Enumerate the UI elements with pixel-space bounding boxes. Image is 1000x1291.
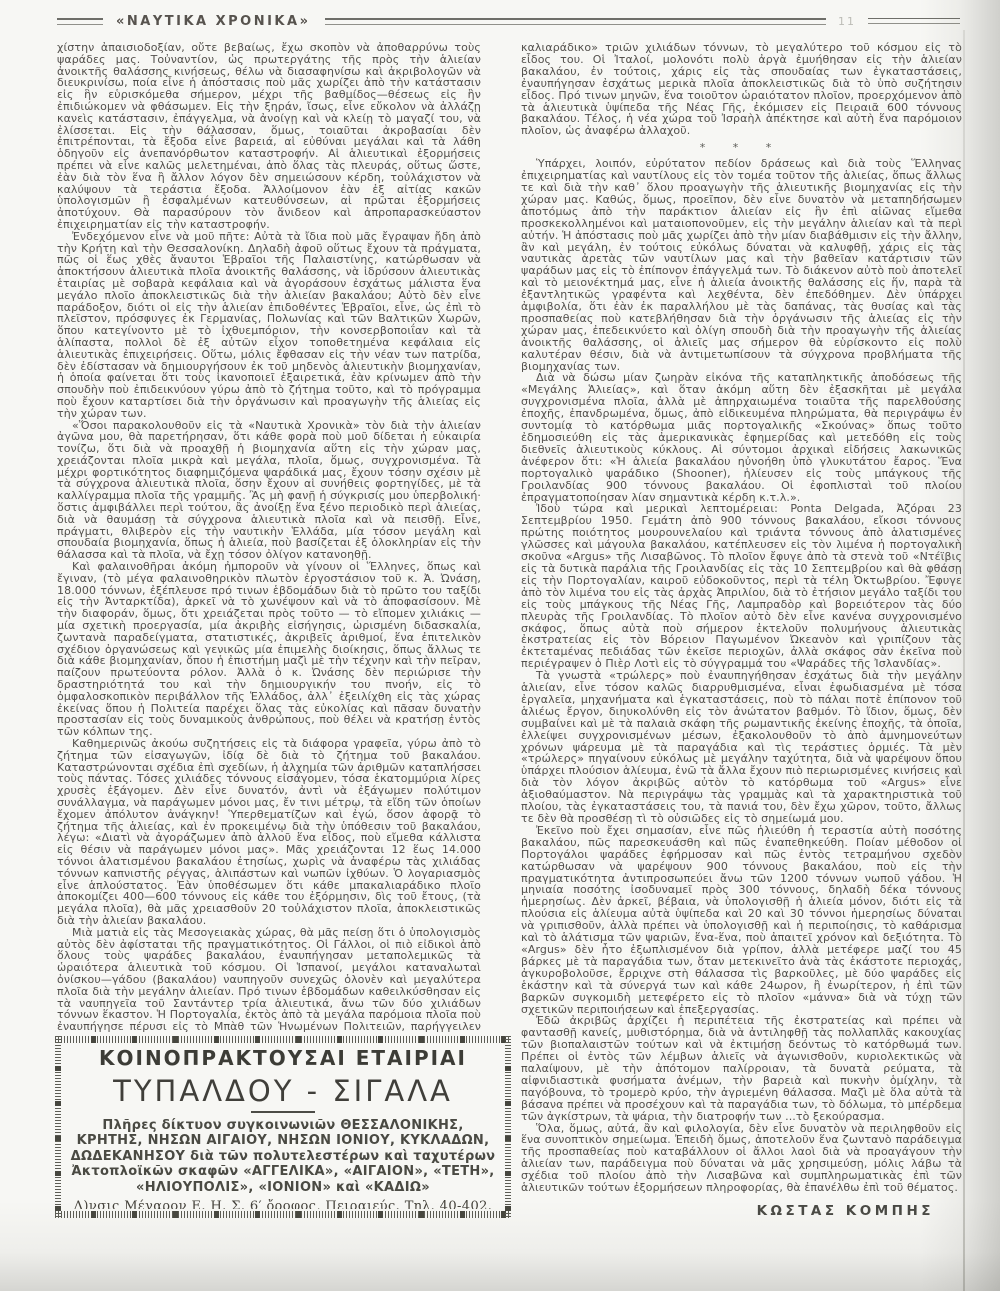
advertisement-box: ΚΟΙΝΟΠΡΑΚΤΟΥΣΑΙ ΕΤΑΙΡΙΑΙ ΤΥΠΑΛΔΟΥ - ΣΙΓΑ…: [55, 1036, 511, 1218]
ad-underline-rule: [251, 1111, 315, 1113]
article-paragraph: «Ὅσοι παρακολουθοῦν εἰς τὰ «Ναυτικὰ Χρον…: [57, 420, 481, 562]
ad-body-text: Πλῆρες δίκτυον συγκοινωνιῶν ΘΕΣΣΑΛΟΝΙΚΗΣ…: [67, 1118, 499, 1195]
ad-border-bottom: [55, 1211, 511, 1218]
ad-brand-name: ΤΥΠΑΛΔΟΥ - ΣΙΓΑΛΑ: [67, 1074, 499, 1108]
author-signature: ΚΩΣΤΑΣ ΚΟΜΠΗΣ: [521, 1206, 962, 1218]
article-paragraph: Ἐδῶ ἀκριβῶς ἀρχίζει ἡ περιπέτεια τῆς ἐκσ…: [521, 1015, 962, 1122]
article-column-left: χίστην ἀπαισιοδοξίαν, οὔτε βεβαίως, ἔχω …: [57, 42, 481, 1032]
header-rule-right: [868, 18, 960, 24]
article-paragraph: Ὑπάρχει, λοιπόν, εὐρύτατον πεδίον δράσεω…: [521, 158, 962, 372]
article-paragraph: καλιαράδικο» τριῶν χιλιάδων τόννων, τὸ μ…: [521, 42, 962, 137]
article-paragraph: Διὰ νὰ δώσω μίαν ζωηρὰν εἰκόνα τῆς καταπ…: [521, 372, 962, 503]
article-paragraph: Καθημερινῶς ἀκούω συζητήσεις εἰς τὰ διάφ…: [57, 738, 481, 927]
article-paragraph: Μιὰ ματιὰ εἰς τὰς Μεσογειακὰς χώρας, θὰ …: [57, 927, 481, 1032]
ad-border-right: [505, 1036, 511, 1218]
article-paragraph: Καὶ φαλαινοθῆραι ἀκόμη ἠμποροῦν νὰ γίνου…: [57, 561, 481, 738]
article-paragraph: Ἐνδεχόμενον εἶνε νὰ μοῦ πῆτε: Αὐτὰ τὰ ἴδ…: [57, 231, 481, 420]
ad-content: ΚΟΙΝΟΠΡΑΚΤΟΥΣΑΙ ΕΤΑΙΡΙΑΙ ΤΥΠΑΛΔΟΥ - ΣΙΓΑ…: [67, 1046, 499, 1209]
magazine-title: «ΝΑΥΤΙΚΑ ΧΡΟΝΙΚΑ»: [116, 14, 310, 29]
scanned-magazine-page: «ΝΑΥΤΙΚΑ ΧΡΟΝΙΚΑ» 11 χίστην ἀπαισιοδοξία…: [0, 0, 1000, 1291]
article-paragraph: Ἰδοὺ τώρα καὶ μερικαὶ λεπτομέρειαι: Pont…: [521, 503, 962, 670]
header-rule-long: [325, 18, 826, 25]
ad-address-line: Δ)νσις Μέγαρον Ε. Η. Σ. 6′ ὄροφος, Πειρα…: [67, 1199, 499, 1209]
ad-border-left: [55, 1036, 61, 1218]
header-rule-left: [57, 18, 103, 25]
article-paragraph: Ἐκεῖνο ποὺ ἔχει σημασίαν, εἶνε πῶς ἡλιεύ…: [521, 825, 962, 1016]
article-column-right: καλιαράδικο» τριῶν χιλιάδων τόννων, τὸ μ…: [521, 42, 962, 1247]
section-separator-stars: * * *: [521, 142, 962, 154]
article-paragraph: χίστην ἀπαισιοδοξίαν, οὔτε βεβαίως, ἔχω …: [57, 42, 481, 231]
ad-kicker: ΚΟΙΝΟΠΡΑΚΤΟΥΣΑΙ ΕΤΑΙΡΙΑΙ: [67, 1046, 499, 1070]
ad-border-top: [55, 1036, 511, 1043]
page-edge-line: [963, 30, 965, 1291]
page-header: «ΝΑΥΤΙΚΑ ΧΡΟΝΙΚΑ» 11: [57, 12, 960, 30]
article-paragraph: Τὰ γνωστὰ «τρώλερς» ποὺ ἐναυπηγήθησαν ἐσ…: [521, 670, 962, 825]
article-paragraph: Ὅλα, ὅμως, αὐτά, ἂν καὶ φιλολογία, δὲν ε…: [521, 1123, 962, 1194]
page-number: 11: [838, 15, 856, 28]
